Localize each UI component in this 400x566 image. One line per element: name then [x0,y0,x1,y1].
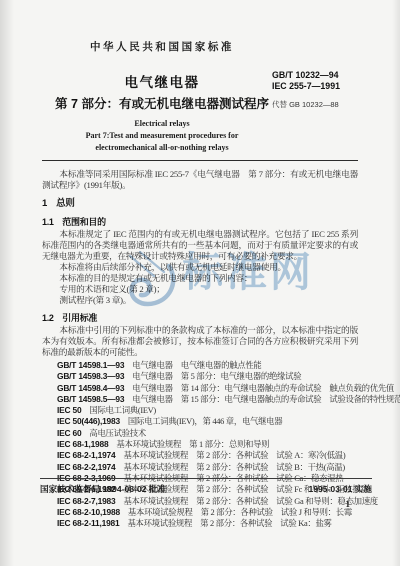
reference-title: 高电压试验技术 [89,429,146,438]
reference-item: IEC 68-2-10,1988基本环境试验规程 第 2 部分：各种试验 试验 … [57,507,358,518]
section-1-2-heading: 1.2 引用标准 [42,313,358,324]
reference-title: 电气继电器 第 15 部分：电气继电器触点的寿命试验 试验设备的特性规范 [132,395,400,404]
reference-title: 国际电工词典(IEV) [89,406,155,415]
reference-title: 基本环境试验规程 第 2 部分：各种试验 试验 Ga 和导则：稳态加速度 [123,497,377,506]
reference-title: 基本环境试验规程 第 2 部分：各种试验 试验 A：寒冷(低温) [123,451,345,460]
reference-item: IEC 68-2-7,1983基本环境试验规程 第 2 部分：各种试验 试验 G… [57,496,358,507]
purpose-paragraph: 本标准的目的是规定有或无机电继电器的下列内容： [42,273,358,284]
standard-code-block: GB/T 10232—94 IEC 255-7—1991 代替 GB 10232… [272,70,392,110]
reference-code: IEC 68-2-2,1974 [57,462,115,472]
document-subtitle-chinese: 第 7 部分：有或无机电继电器测试程序 [42,94,282,112]
adoption-note: 本标准等同采用国际标准 IEC 255-7《电气继电器 第 7 部分：有或无机电… [42,169,358,191]
reference-title: 电气继电器 第 14 部分：电气继电器触点的寿命试验 触点负载的优先值 [132,384,394,393]
header-divider-rule [42,160,358,161]
reference-code: GB/T 14598.3—93 [57,371,124,381]
reference-item: IEC 60高电压试验技术 [57,428,358,439]
scan-left-edge-shading [0,0,14,566]
reference-code: IEC 50(446),1983 [57,416,120,426]
reference-item: GB/T 14598.4—93电气继电器 第 14 部分：电气继电器触点的寿命试… [57,383,358,394]
reference-item: GB/T 14598.3—93电气继电器 第 5 部分：电气继电器的绝缘试验 [57,371,358,382]
reference-item: IEC 68-1,1988基本环境试验规程 第 1 部分：总则和导则 [57,439,358,450]
english-title-line-1: Electrical relays [42,118,282,130]
reference-title: 电气继电器 电气继电器的触点性能 [132,361,261,370]
reference-item: IEC 50国际电工词典(IEV) [57,405,358,416]
reference-item: GB/T 14598.1—93电气继电器 电气继电器的触点性能 [57,360,358,371]
terms-item: 专用的术语和定义(第 2 章)； [42,284,358,295]
reference-item: IEC 50(446),1983国际电工词典(IEV)，第 446 章，电气继电… [57,416,358,427]
reference-item: IEC 68-2-1,1974基本环境试验规程 第 2 部分：各种试验 试验 A… [57,450,358,461]
procedures-item: 测试程序(第 3 章)。 [42,295,358,306]
reference-code: IEC 68-2-1,1974 [57,450,115,460]
reference-code: GB/T 14598.1—93 [57,360,124,370]
reference-code: IEC 50 [57,405,81,415]
english-title-line-3: electromechanical all-or-nothing relays [42,142,282,154]
reference-title: 基本环境试验规程 第 2 部分：各种试验 试验 J 和导则：长霉 [128,508,352,517]
reference-item: GB/T 14598.5—93电气继电器 第 15 部分：电气继电器触点的寿命试… [57,394,358,405]
document-title-chinese: 电气继电器 [42,71,282,91]
reference-title: 基本环境试验规程 第 2 部分：各种试验 试验 B：干热(高温) [123,463,344,472]
reference-title: 国际电工词典(IEV)，第 446 章，电气继电器 [128,417,282,426]
replaces-note: 代替 GB 10232—88 [272,99,392,110]
reference-item: IEC 68-2-11,1981基本环境试验规程 第 2 部分：各种试验 试验 … [57,518,358,529]
gb-standard-code: GB/T 10232—94 [272,70,392,81]
title-block: 中华人民共和国国家标准 电气继电器 第 7 部分：有或无机电继电器测试程序 El… [42,39,282,154]
reference-code: IEC 68-2-11,1981 [57,518,119,528]
english-title-line-2: Part 7:Test and measurement procedures f… [42,130,282,142]
reference-code: GB/T 14598.5—93 [57,394,124,404]
reference-item: IEC 68-2-2,1974基本环境试验规程 第 2 部分：各种试验 试验 B… [57,462,358,473]
scan-right-edge-shading [392,0,400,566]
reference-code: IEC 60 [57,428,81,438]
iec-standard-code: IEC 255-7—1991 [272,81,392,92]
standard-document-page: 中华人民共和国国家标准 电气继电器 第 7 部分：有或无机电继电器测试程序 El… [0,0,400,566]
scope-paragraph: 本标准规定了 IEC 范围内的有或无机电继电器测试程序。它包括了 IEC 255… [42,229,358,262]
reference-code: IEC 68-2-10,1988 [57,507,120,517]
section-1-1-heading: 1.1 范围和目的 [42,217,358,228]
reference-title: 基本环境试验规程 第 1 部分：总则和导则 [116,440,269,449]
reference-code: IEC 68-2-7,1983 [57,496,115,506]
page-number: 1 [346,499,351,509]
supplement-paragraph: 本标准将由后续部分补充，以供有或无机电延时继电器使用。 [42,262,358,273]
reference-code: GB/T 14598.4—93 [57,383,124,393]
implementation-note: 1995-03-01 实施 [308,483,372,495]
reference-title: 电气继电器 第 5 部分：电气继电器的绝缘试验 [132,372,301,381]
approval-note: 国家技术监督局 1994-08-02 批准 [40,483,166,495]
referenced-standards-paragraph: 本标准中引用的下列标准中的条款构成了本标准的一部分，以本标准中指定的版本为有效版… [42,325,358,358]
national-standard-designation: 中华人民共和国国家标准 [42,39,282,54]
document-body: 本标准等同采用国际标准 IEC 255-7《电气继电器 第 7 部分：有或无机电… [42,169,358,529]
section-1-heading: 1 总则 [42,198,358,210]
reference-code: IEC 68-1,1988 [57,439,108,449]
footer-row: 国家技术监督局 1994-08-02 批准 1995-03-01 实施 [40,479,372,495]
document-title-english: Electrical relays Part 7:Test and measur… [42,118,282,154]
referenced-standards-list: GB/T 14598.1—93电气继电器 电气继电器的触点性能 GB/T 145… [42,360,358,529]
reference-title: 基本环境试验规程 第 2 部分：各种试验 试验 Ka：盐雾 [127,519,331,528]
page-footer: 国家技术监督局 1994-08-02 批准 1995-03-01 实施 1 [40,478,372,495]
